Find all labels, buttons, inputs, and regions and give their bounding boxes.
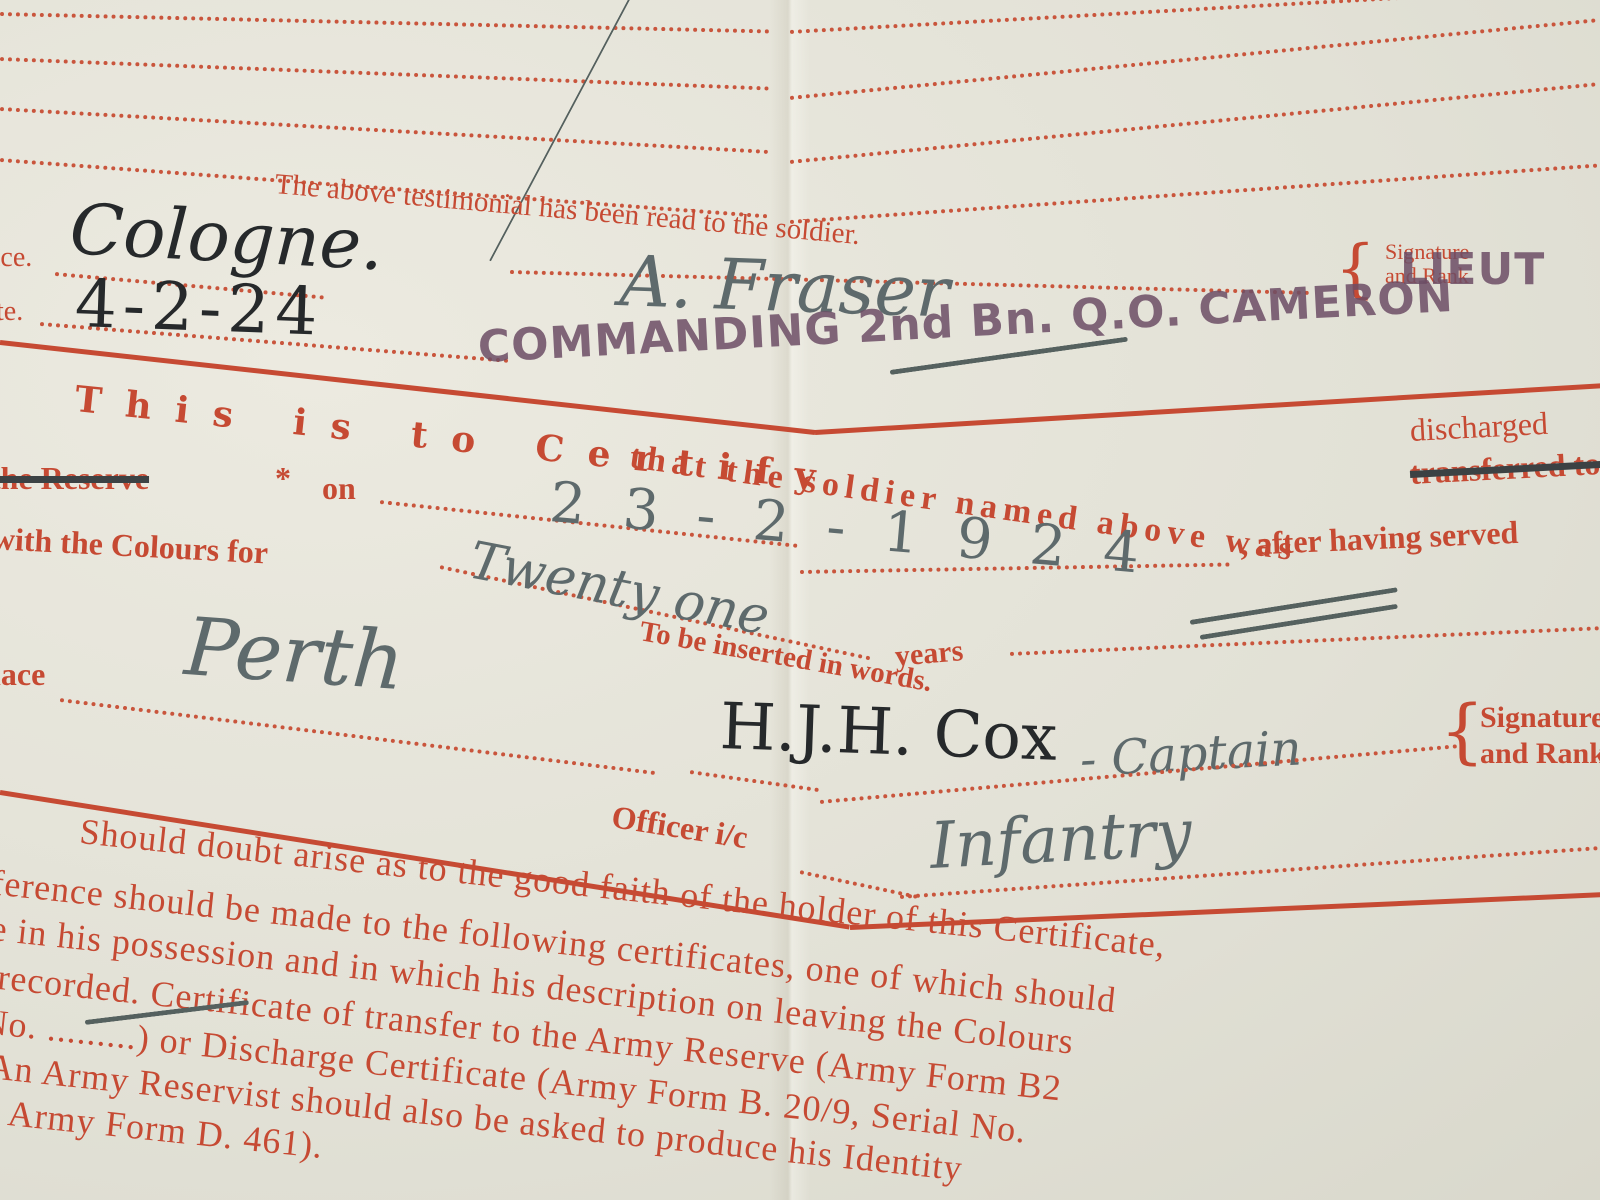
place-label-1: ace.	[0, 242, 32, 274]
struck-reserve-text: the Reserve	[0, 460, 149, 497]
signature-label-2: Signature and Rank	[1480, 700, 1600, 772]
place-label-2: lace	[0, 656, 45, 693]
signature-label-bottom-2: and Rank	[1480, 736, 1600, 772]
place-value-2: Perth	[182, 600, 407, 708]
date-label-1: te.	[0, 296, 23, 328]
signature-label-top-2: Signature	[1480, 700, 1600, 736]
asterisk: *	[275, 460, 291, 497]
date-value-1: 4-2-24	[74, 265, 325, 351]
option-discharged: discharged	[1409, 405, 1549, 449]
officer-value: Infantry	[928, 796, 1194, 884]
on-label: on	[322, 470, 356, 507]
years-label: years	[894, 634, 965, 674]
signature-value-2: H.J.H. Cox	[719, 690, 1059, 776]
signature-brace-2: {	[1440, 690, 1485, 772]
